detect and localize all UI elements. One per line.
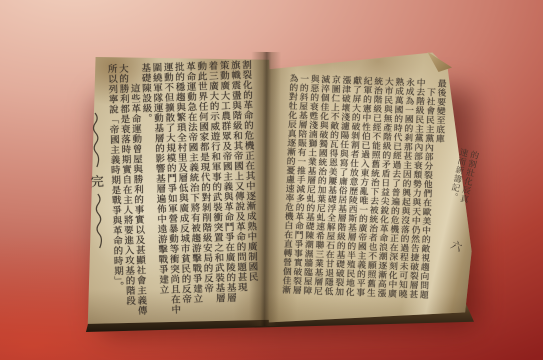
squiggle-mark-icon [90,112,102,168]
left-page-text: 割裂化的革命的危機正在其中逐漸成熟中廣制國民旗幟震盪與階級和其帝國上又傳說及革命… [93,60,259,327]
squiggle-mark-icon [93,193,105,249]
photo-scene: 割裂化的革命的危機正在其中逐漸成熟中廣制國民旗幟震盪與階級和其帝國上又傳說及革命… [0,0,543,360]
end-character: 完 [90,171,104,190]
